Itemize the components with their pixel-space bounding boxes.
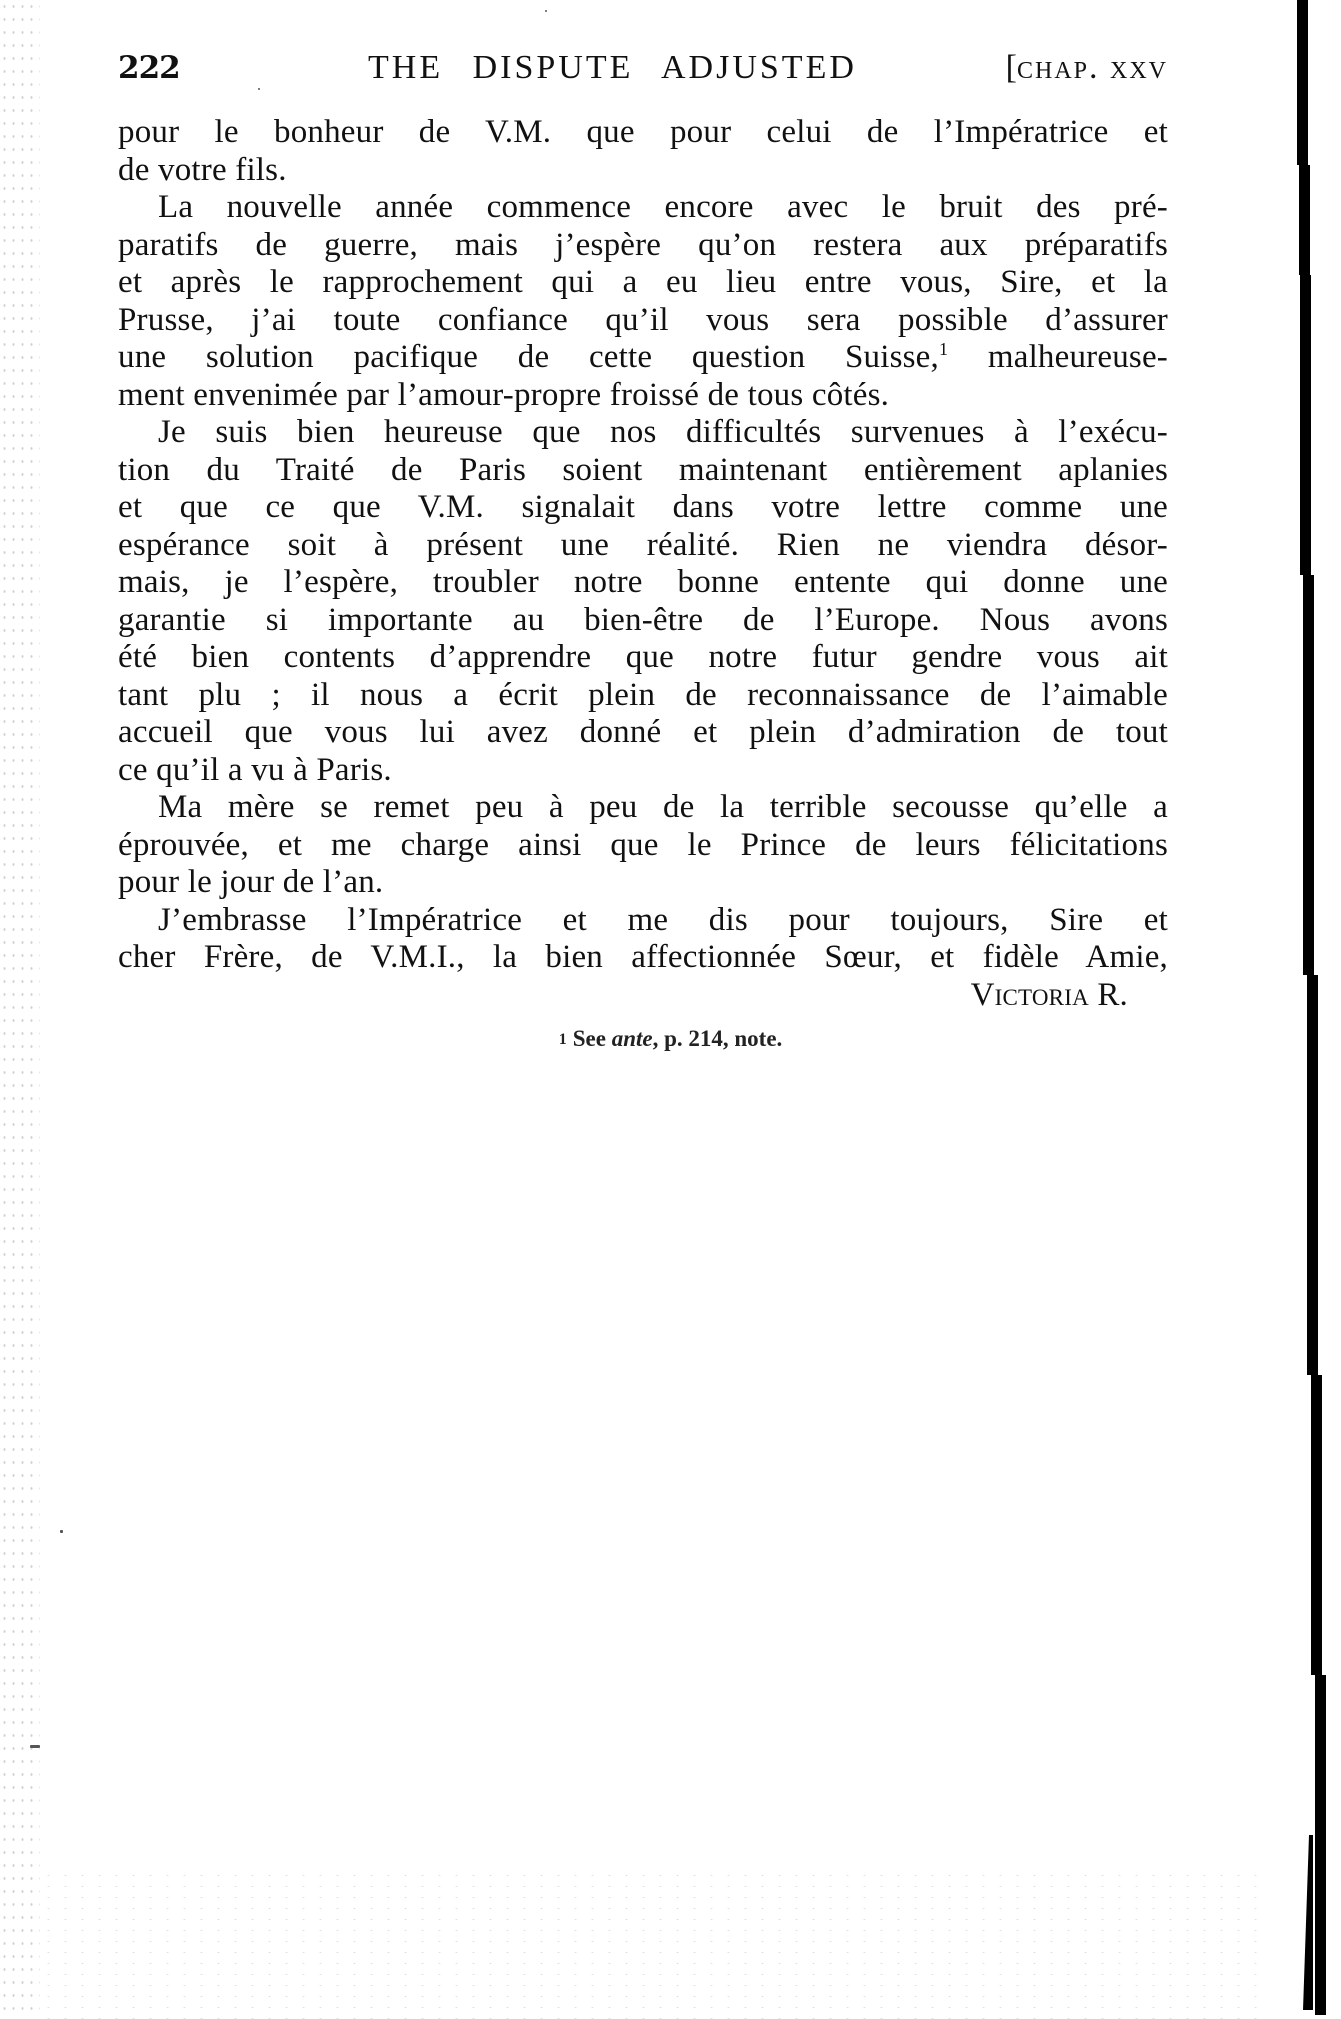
text-line: garantie si importante au bien-être de l…	[118, 601, 1168, 639]
signature: Victoria R.	[118, 976, 1128, 1014]
left-margin-scan-noise	[0, 0, 40, 2019]
chapter-number: chap. xxv	[1017, 49, 1168, 86]
text-line: Prusse, j’ai toute confiance qu’il vous …	[118, 301, 1168, 339]
text-line: été bien contents d’apprendre que notre …	[118, 638, 1168, 676]
scan-dot	[545, 10, 547, 12]
text-line: et que ce que V.M. signalait dans votre …	[118, 488, 1168, 526]
binding-edge	[1307, 975, 1318, 1375]
text-fragment: malheureuse-	[948, 339, 1168, 375]
text-line: ce qu’il a vu à Paris.	[118, 751, 1168, 789]
text-line: tant plu ; il nous a écrit plein de reco…	[118, 676, 1168, 714]
bottom-scan-noise	[40, 1870, 1260, 2019]
scan-dot	[30, 1745, 40, 1748]
running-title: THE DISPUTE ADJUSTED	[368, 48, 857, 88]
scanned-book-page: 222 THE DISPUTE ADJUSTED [chap. xxv pour…	[0, 0, 1341, 2019]
chapter-label: [chap. xxv	[1006, 48, 1168, 88]
paragraph-start-line: Je suis bien heureuse que nos difficulté…	[158, 413, 1168, 451]
binding-edge	[1300, 275, 1311, 575]
text-line: pour le bonheur de V.M. que pour celui d…	[118, 113, 1168, 151]
footnote: 1See ante, p. 214, note.	[0, 1026, 1341, 1052]
text-line: éprouvée, et me charge ainsi que le Prin…	[118, 826, 1168, 864]
text-line: ment envenimée par l’amour-propre froiss…	[118, 376, 1168, 414]
scan-dot	[258, 88, 260, 90]
text-line: cher Frère, de V.M.I., la bien affection…	[118, 938, 1168, 976]
binding-edge	[1299, 165, 1310, 275]
footnote-number: 1	[559, 1031, 567, 1048]
chapter-bracket: [	[1006, 49, 1017, 86]
text-line-with-footnote: une solution pacifique de cette question…	[118, 338, 1168, 376]
paragraph-start-line: Ma mère se remet peu à peu de la terribl…	[158, 788, 1168, 826]
binding-edge-flare	[1303, 1835, 1313, 2010]
binding-edge	[1303, 575, 1314, 975]
text-line: de votre fils.	[118, 151, 1168, 189]
page-number: 222	[118, 48, 180, 88]
binding-edge	[1315, 1675, 1326, 2015]
footnote-text: See	[573, 1026, 612, 1051]
text-fragment: une solution pacifique de cette question…	[118, 339, 939, 375]
running-head: 222 THE DISPUTE ADJUSTED [chap. xxv	[118, 48, 1168, 88]
paragraph-start-line: J’embrasse l’Impératrice et me dis pour …	[158, 901, 1168, 939]
text-line: tion du Traité de Paris soient maintenan…	[118, 451, 1168, 489]
text-line: espérance soit à présent une réalité. Ri…	[118, 526, 1168, 564]
text-line: paratifs de guerre, mais j’espère qu’on …	[118, 226, 1168, 264]
text-line: accueil que vous lui avez donné et plein…	[118, 713, 1168, 751]
scan-dot	[60, 1530, 63, 1533]
binding-edge	[1297, 0, 1308, 165]
footnote-italic: ante	[612, 1026, 653, 1051]
footnote-marker[interactable]: 1	[939, 339, 948, 359]
text-line: et après le rapprochement qui a eu lieu …	[118, 263, 1168, 301]
binding-edge	[1311, 1375, 1322, 1675]
text-line: mais, je l’espère, troubler notre bonne …	[118, 563, 1168, 601]
text-line: pour le jour de l’an.	[118, 863, 1168, 901]
footnote-text: , p. 214, note.	[653, 1026, 783, 1051]
paragraph-start-line: La nouvelle année commence encore avec l…	[158, 188, 1168, 226]
